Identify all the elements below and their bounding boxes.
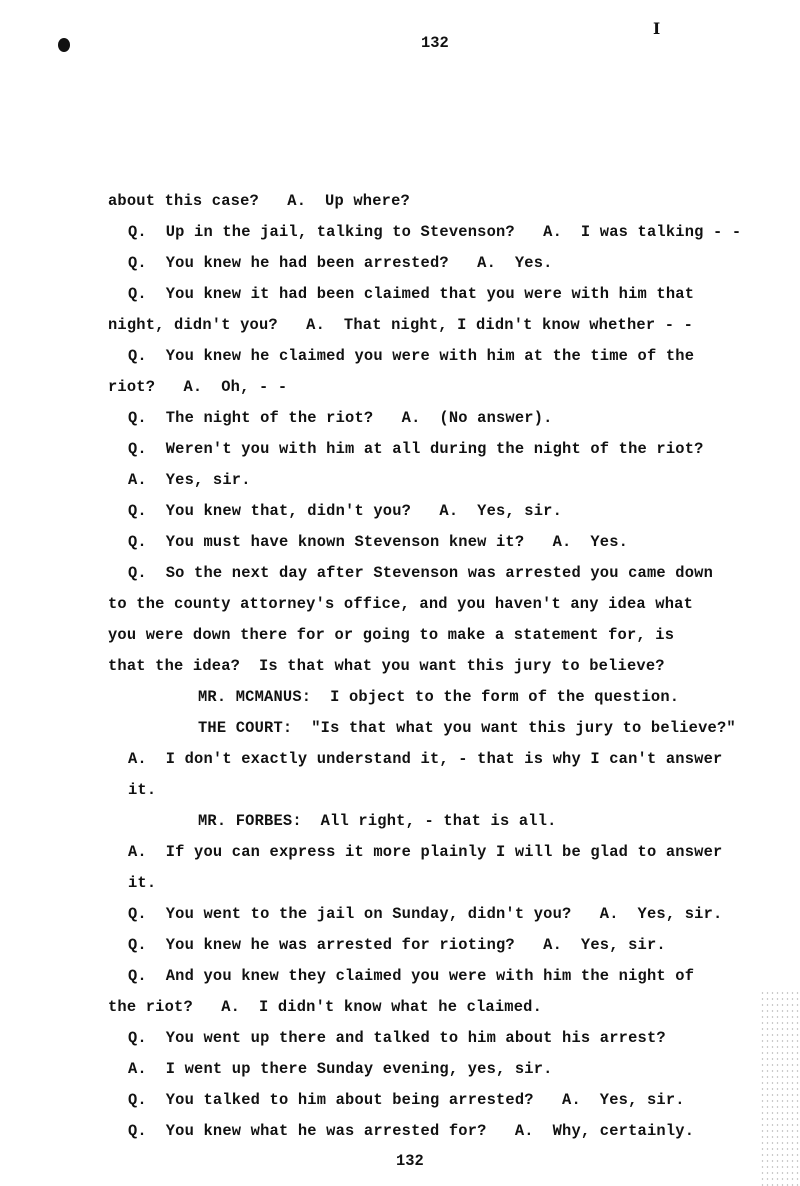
transcript-line: Q. So the next day after Stevenson was a… bbox=[128, 564, 713, 582]
transcript-line: Q. You knew he had been arrested? A. Yes… bbox=[128, 254, 553, 272]
transcript-line: A. I don't exactly understand it, - that… bbox=[128, 750, 722, 768]
transcript-line: A. I went up there Sunday evening, yes, … bbox=[128, 1060, 553, 1078]
transcript-page: 132 I about this case? A. Up where?Q. Up… bbox=[0, 0, 800, 1186]
page-number-bottom: 132 bbox=[396, 1152, 424, 1170]
punch-hole-mark bbox=[58, 38, 70, 52]
transcript-line: Q. The night of the riot? A. (No answer)… bbox=[128, 409, 553, 427]
transcript-line: night, didn't you? A. That night, I didn… bbox=[108, 316, 693, 334]
transcript-line: Q. And you knew they claimed you were wi… bbox=[128, 967, 694, 985]
transcript-line: Q. You knew it had been claimed that you… bbox=[128, 285, 694, 303]
transcript-line: MR. FORBES: All right, - that is all. bbox=[198, 812, 557, 830]
transcript-line: A. If you can express it more plainly I … bbox=[128, 843, 722, 861]
transcript-line: it. bbox=[128, 781, 156, 799]
transcript-line: it. bbox=[128, 874, 156, 892]
page-number-top: 132 bbox=[421, 34, 449, 52]
transcript-line: Q. You knew he claimed you were with him… bbox=[128, 347, 694, 365]
transcript-line: Q. You knew he was arrested for rioting?… bbox=[128, 936, 666, 954]
transcript-line: you were down there for or going to make… bbox=[108, 626, 674, 644]
transcript-line: Q. Up in the jail, talking to Stevenson?… bbox=[128, 223, 741, 241]
transcript-line: Q. You must have known Stevenson knew it… bbox=[128, 533, 628, 551]
transcript-line: Q. You talked to him about being arreste… bbox=[128, 1091, 685, 1109]
transcript-line: Q. You knew what he was arrested for? A.… bbox=[128, 1122, 694, 1140]
transcript-line: A. Yes, sir. bbox=[128, 471, 251, 489]
transcript-line: MR. MCMANUS: I object to the form of the… bbox=[198, 688, 679, 706]
transcript-line: THE COURT: "Is that what you want this j… bbox=[198, 719, 736, 737]
transcript-line: riot? A. Oh, - - bbox=[108, 378, 287, 396]
transcript-line: Q. Weren't you with him at all during th… bbox=[128, 440, 704, 458]
transcript-line: about this case? A. Up where? bbox=[108, 192, 410, 210]
transcript-line: Q. You went up there and talked to him a… bbox=[128, 1029, 666, 1047]
transcript-line: Q. You went to the jail on Sunday, didn'… bbox=[128, 905, 722, 923]
transcript-line: to the county attorney's office, and you… bbox=[108, 595, 693, 613]
corner-mark: I bbox=[653, 20, 660, 38]
transcript-line: Q. You knew that, didn't you? A. Yes, si… bbox=[128, 502, 562, 520]
transcript-line: the riot? A. I didn't know what he claim… bbox=[108, 998, 542, 1016]
transcript-line: that the idea? Is that what you want thi… bbox=[108, 657, 665, 675]
scan-noise bbox=[760, 990, 800, 1186]
